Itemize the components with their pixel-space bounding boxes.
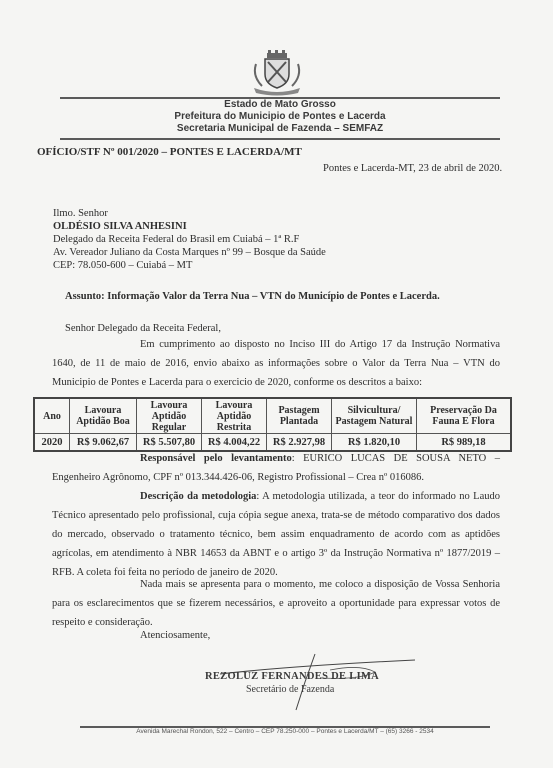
recipient-salutation: Ilmo. Senhor bbox=[53, 207, 108, 220]
subject-line: Assunto: Informação Valor da Terra Nua –… bbox=[65, 290, 440, 303]
letterhead-municipality: Prefeitura do Municipio de Pontes e Lace… bbox=[60, 111, 500, 123]
regards: Atenciosamente, bbox=[140, 629, 210, 642]
header-rule-bottom bbox=[60, 138, 500, 140]
col-header: Ano bbox=[34, 398, 70, 434]
coat-of-arms-icon bbox=[248, 50, 306, 96]
letter-page: Estado de Mato Grosso Prefeitura do Muni… bbox=[0, 0, 553, 768]
methodology-label: Descrição da metodologia bbox=[140, 491, 256, 502]
handwritten-signature-icon bbox=[200, 652, 420, 712]
vtn-table: Ano Lavoura Aptidão Boa Lavoura Aptidão … bbox=[33, 397, 512, 452]
col-header: Lavoura Aptidão Regular bbox=[137, 398, 202, 434]
place-date: Pontes e Lacerda-MT, 23 de abril de 2020… bbox=[323, 162, 502, 175]
methodology-paragraph: Descrição da metodologia: A metodologia … bbox=[52, 487, 500, 582]
responsible-label: Responsável pelo levantamento bbox=[140, 453, 292, 464]
signatory-name: REZOLUZ FERNANDES DE LIMA bbox=[205, 671, 379, 682]
col-header: Lavoura Aptidão Restrita bbox=[202, 398, 267, 434]
methodology-text: : A metodologia utilizada, a teor do inf… bbox=[52, 491, 500, 578]
col-header: Preservação Da Fauna E Flora bbox=[417, 398, 512, 434]
footer-address: Avenida Marechal Rondon, 522 – Centro – … bbox=[80, 728, 490, 735]
col-header: Pastagem Plantada bbox=[267, 398, 332, 434]
intro-paragraph: Em cumprimento ao disposto no Inciso III… bbox=[52, 335, 500, 392]
letterhead-state: Estado de Mato Grosso bbox=[60, 99, 500, 111]
table-header-row: Ano Lavoura Aptidão Boa Lavoura Aptidão … bbox=[34, 398, 511, 434]
col-header: Silvicultura/ Pastagem Natural bbox=[332, 398, 417, 434]
closing-paragraph: Nada mais se apresenta para o momento, m… bbox=[52, 575, 500, 632]
recipient-role: Delegado da Receita Federal do Brasil em… bbox=[53, 233, 299, 246]
recipient-name: OLDÉSIO SILVA ANHESINI bbox=[53, 220, 187, 233]
recipient-address: Av. Vereador Juliano da Costa Marques nº… bbox=[53, 246, 326, 259]
responsible-paragraph: Responsável pelo levantamento: EURICO LU… bbox=[52, 449, 500, 487]
letterhead-department: Secretaria Municipal de Fazenda – SEMFAZ bbox=[60, 123, 500, 135]
greeting: Senhor Delegado da Receita Federal, bbox=[65, 322, 221, 335]
document-reference: OFÍCIO/STF Nº 001/2020 – PONTES E LACERD… bbox=[37, 146, 302, 159]
signatory-title: Secretário de Fazenda bbox=[246, 684, 334, 695]
col-header: Lavoura Aptidão Boa bbox=[70, 398, 137, 434]
recipient-cep: CEP: 78.050-600 – Cuiabá – MT bbox=[53, 259, 192, 272]
